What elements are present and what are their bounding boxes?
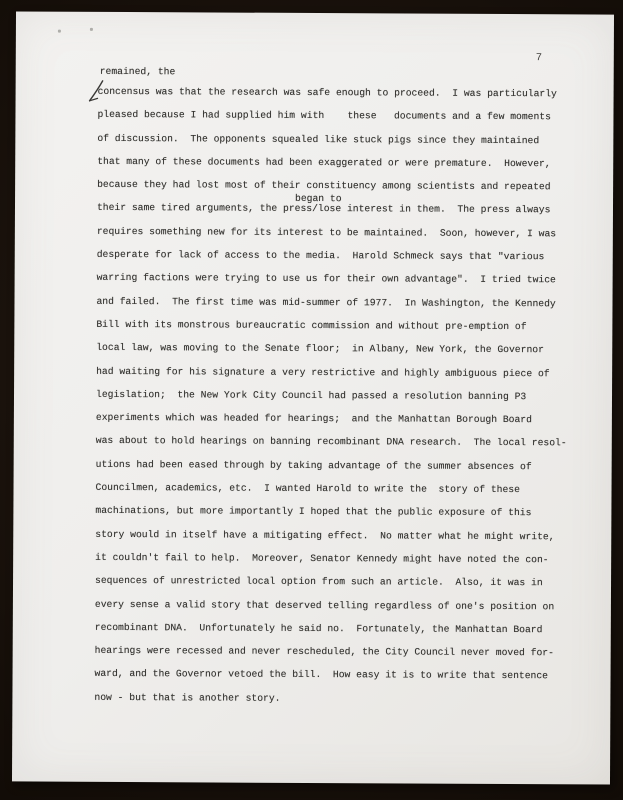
typed-line: of discussion. The opponents squealed li… — [97, 126, 597, 152]
typed-line: story would in itself have a mitigating … — [95, 523, 595, 549]
typed-line: was about to hold hearings on banning re… — [96, 429, 596, 455]
typed-line: it couldn't fail to help. Moreover, Sena… — [95, 546, 595, 572]
typed-line: recombinant DNA. Unfortunately he said n… — [95, 616, 595, 642]
typed-line: Councilmen, academics, etc. I wanted Har… — [95, 476, 595, 502]
typed-line: sequences of unrestricted local option f… — [95, 569, 595, 595]
typed-line: desperate for lack of access to the medi… — [97, 243, 597, 269]
typed-line: had waiting for his signature a very res… — [96, 359, 596, 385]
typed-line: local law, was moving to the Senate floo… — [96, 336, 596, 362]
typed-line: pleased because I had supplied him with … — [97, 103, 597, 129]
page-number: 7 — [536, 52, 543, 64]
typed-line: utions had been eased through by taking … — [96, 453, 596, 479]
typed-line: machinations, but more importantly I hop… — [95, 499, 595, 525]
typed-line: that many of these documents had been ex… — [97, 150, 597, 176]
typed-line: now - but that is another story. — [94, 686, 594, 712]
typewritten-body-text: concensus was that the research was safe… — [94, 80, 597, 712]
typed-insertion-remained: remained, the — [100, 66, 176, 78]
typed-line: Bill with its monstrous bureaucratic com… — [96, 313, 596, 339]
typed-line: warring factions were trying to use us f… — [97, 266, 597, 292]
typed-line: ward, and the Governor vetoed the bill. … — [94, 662, 594, 688]
typed-line: experiments which was headed for hearing… — [96, 406, 596, 432]
typed-line: hearings were recessed and never resched… — [95, 639, 595, 665]
paper-speck — [58, 30, 61, 33]
typed-line: requires something new for its interest … — [97, 220, 597, 246]
typed-line: legislation; the New York City Council h… — [96, 383, 596, 409]
typed-line: every sense a valid story that deserved … — [95, 592, 595, 618]
typed-line: concensus was that the research was safe… — [98, 80, 598, 106]
typed-line: because they had lost most of their cons… — [97, 173, 597, 199]
typed-line: their same tired arguments, the press/lo… — [97, 196, 597, 222]
typed-line: and failed. The first time was mid-summe… — [96, 290, 596, 316]
document-page: 7 remained, the began to concensus was t… — [12, 11, 614, 784]
paper-speck — [90, 28, 93, 31]
